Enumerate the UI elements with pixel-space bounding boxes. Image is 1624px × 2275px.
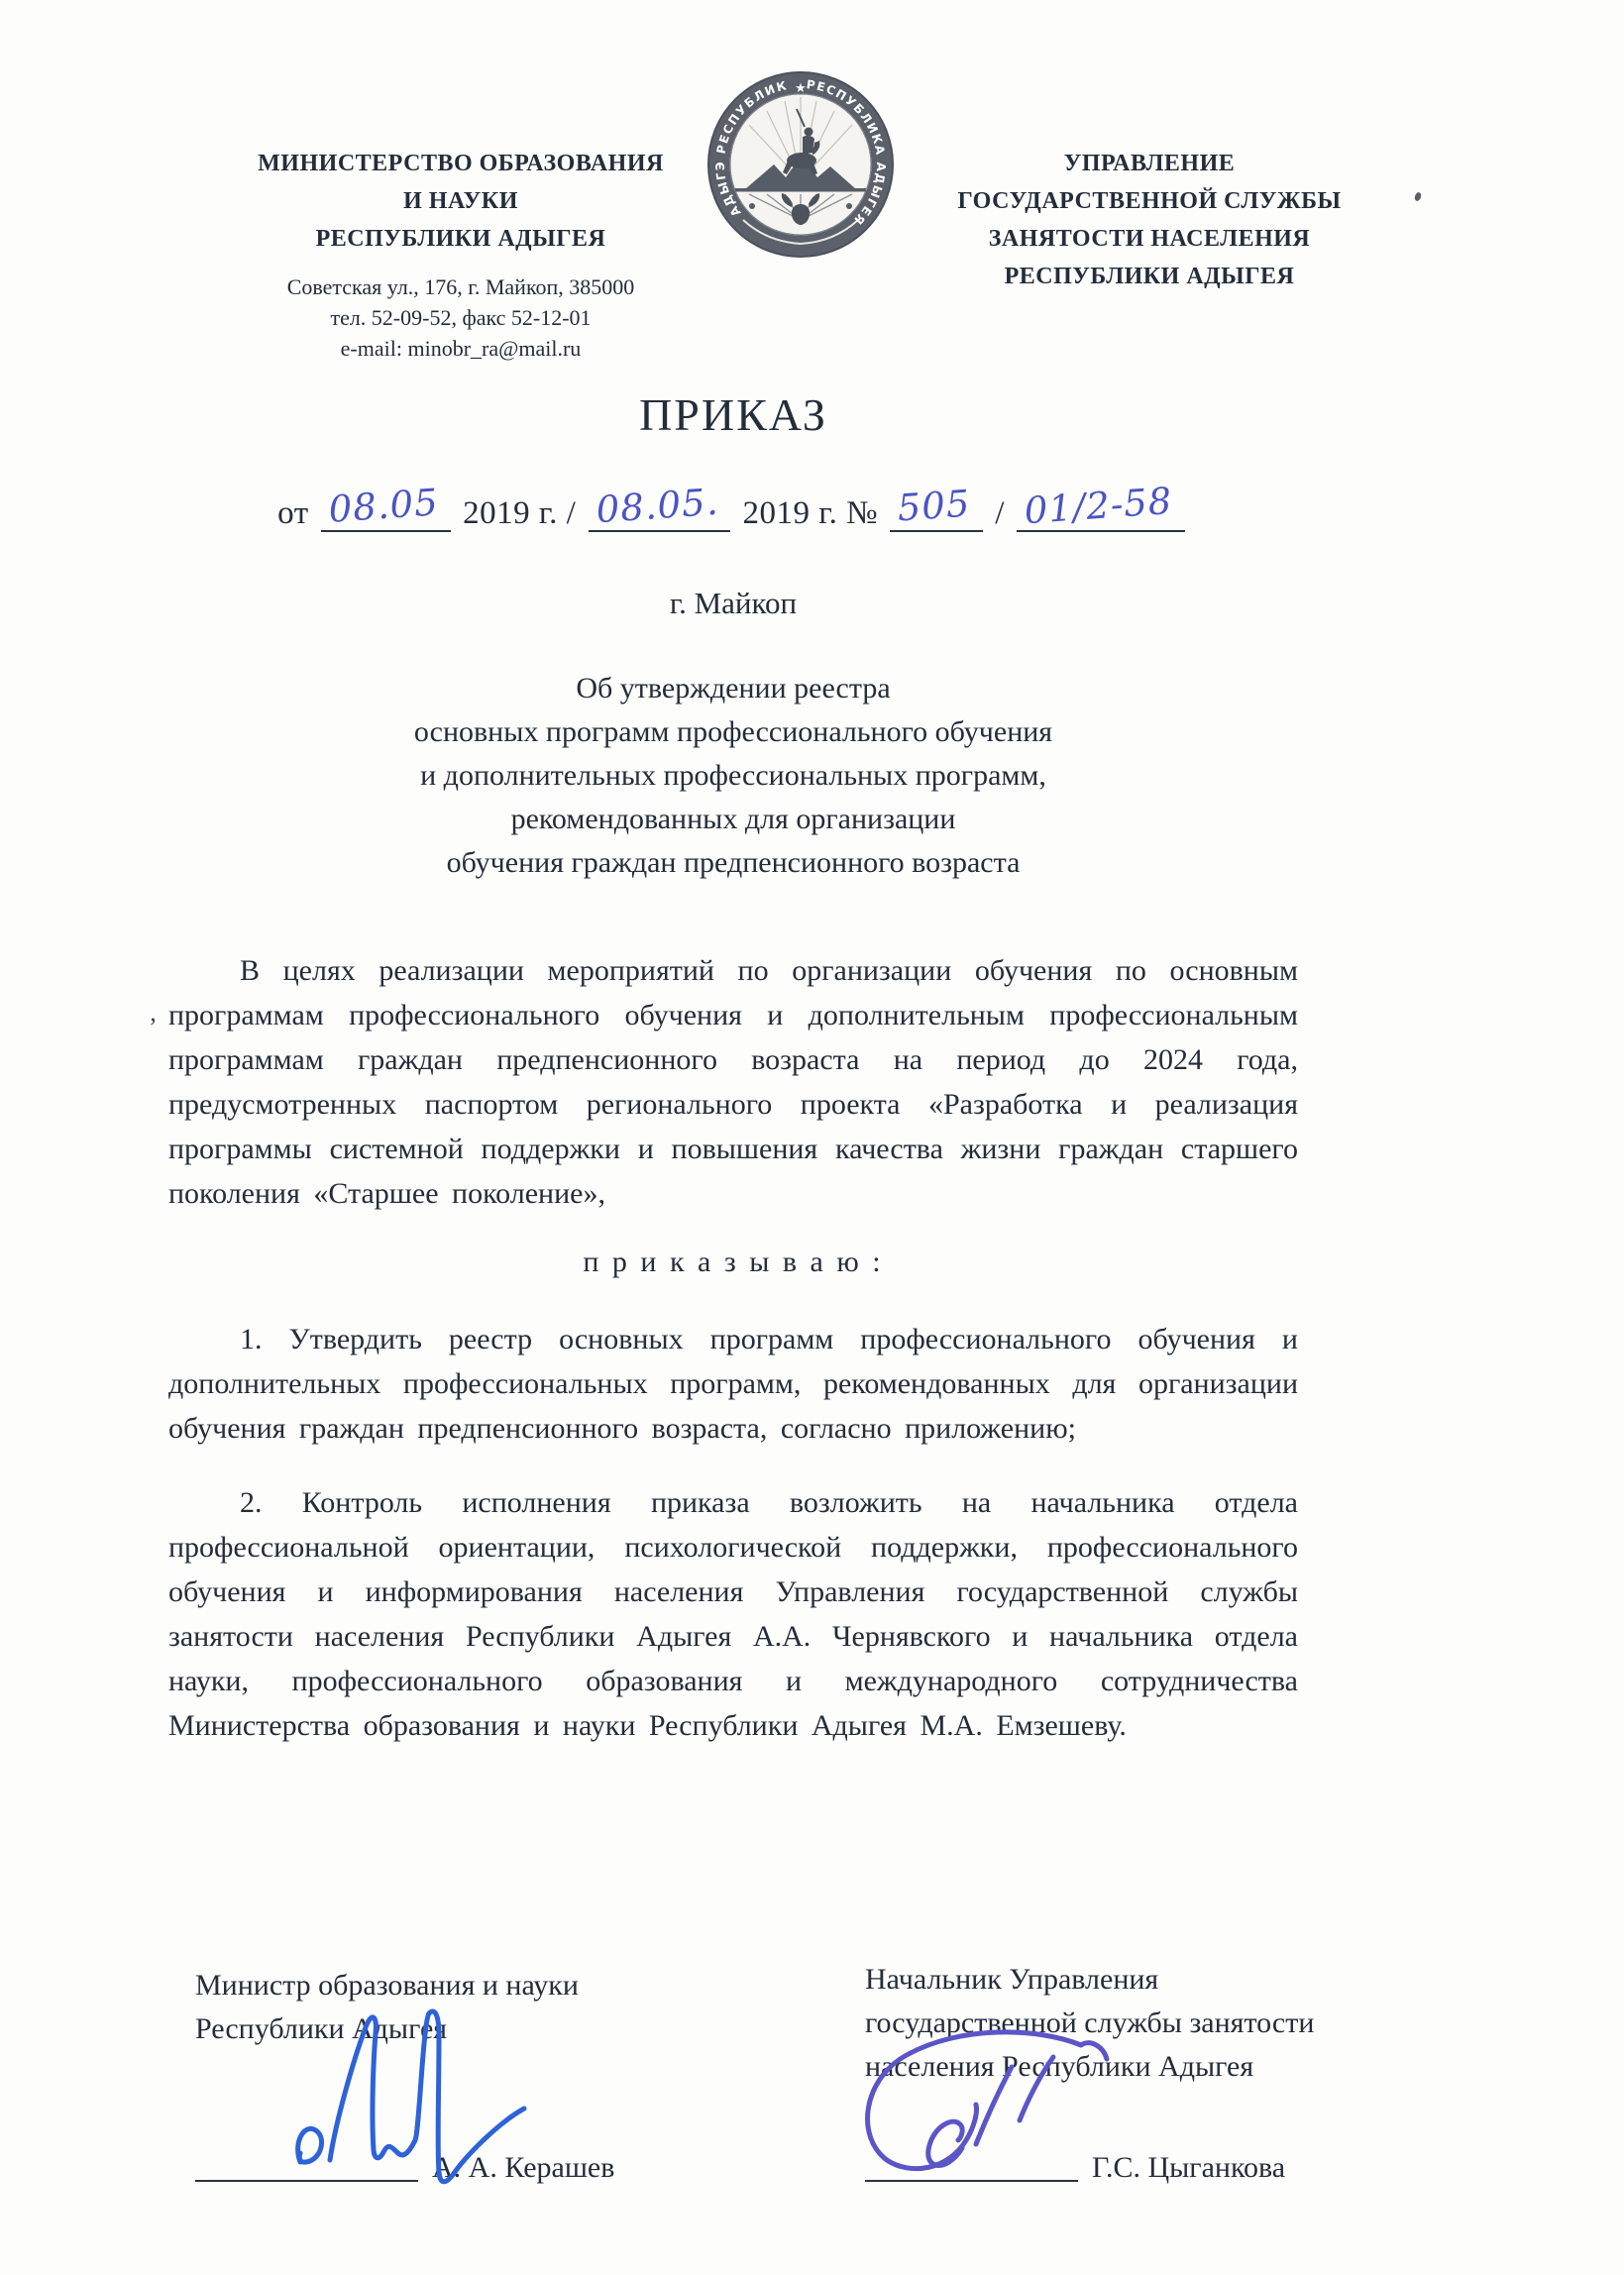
head-name: Г.С. Цыганкова [1092, 2146, 1285, 2190]
signature-block-minister: Министр образования и науки Республики А… [195, 1964, 810, 2190]
number-blank-1: 505 [890, 492, 983, 532]
rosette-left [749, 203, 755, 209]
employment-service-line: УПРАВЛЕНИЕ [926, 145, 1372, 182]
employment-service-line: ГОСУДАРСТВЕННОЙ СЛУЖБЫ [926, 182, 1372, 220]
address-street: Советская ул., 176, г. Майкоп, 385000 [203, 271, 718, 302]
ministry-address: Советская ул., 176, г. Майкоп, 385000 те… [203, 271, 718, 364]
date-blank-2: 08.05. [589, 492, 731, 532]
subject-line: рекомендованных для организации [168, 798, 1298, 841]
scan-mark-artifact: ’ [149, 1013, 158, 1042]
ministry-name-line: И НАУКИ [203, 182, 718, 220]
employment-service-line: ЗАНЯТОСТИ НАСЕЛЕНИЯ [926, 220, 1372, 258]
handwritten-date-2: 08.05. [595, 484, 719, 529]
subject-line: обучения граждан предпенсионного возраст… [168, 841, 1298, 885]
place-line: г. Майкоп [168, 586, 1298, 621]
minister-title-line: Республики Адыгея [195, 2007, 810, 2051]
subject-line: и дополнительных профессиональных програ… [168, 754, 1298, 798]
head-signature-line [865, 2180, 1078, 2182]
number-blank-2: 01/2-58 [1017, 492, 1185, 532]
head-title-line: государственной службы занятости [865, 2002, 1479, 2045]
subject-line: основных программ профессионального обуч… [168, 710, 1298, 754]
minister-signature-row: А. А. Керашев [195, 2146, 810, 2190]
document-title: ПРИКАЗ [168, 388, 1298, 441]
signatures-section: Министр образования и науки Республики А… [0, 1964, 1624, 2261]
order-item-2: 2. Контроль исполнения приказа возложить… [168, 1480, 1298, 1748]
number-slash: / [995, 495, 1005, 531]
head-title-line: Начальник Управления [865, 1958, 1479, 2002]
ministry-name-line: МИНИСТЕРСТВО ОБРАЗОВАНИЯ [203, 145, 718, 182]
minister-name: А. А. Керашев [432, 2146, 614, 2190]
date-prefix: от [277, 495, 309, 531]
employment-service-block: УПРАВЛЕНИЕ ГОСУДАРСТВЕННОЙ СЛУЖБЫ ЗАНЯТО… [926, 145, 1372, 295]
adygea-coat-of-arms-emblem: АДЫГЭ РЕСПУБЛИК РЕСПУБЛИКА АДЫГЕЯ ★ [705, 69, 896, 260]
handwritten-number-2: 01/2-58 [1024, 483, 1174, 529]
subject-line: Об утверждении реестра [168, 667, 1298, 710]
date-mid-1: 2019 г. / [463, 495, 576, 531]
ministry-name: МИНИСТЕРСТВО ОБРАЗОВАНИЯ И НАУКИ РЕСПУБЛ… [203, 145, 718, 258]
minister-signature-line [195, 2180, 418, 2182]
signature-block-head-of-employment: Начальник Управления государственной слу… [865, 1958, 1479, 2190]
ministry-name-line: РЕСПУБЛИКИ АДЫГЕЯ [203, 220, 718, 258]
rosette-right [846, 203, 852, 209]
issuing-ministry-block: МИНИСТЕРСТВО ОБРАЗОВАНИЯ И НАУКИ РЕСПУБЛ… [203, 145, 718, 364]
date-mid-2: 2019 г. № [743, 495, 879, 531]
preamble-paragraph: В целях реализации мероприятий по органи… [168, 948, 1298, 1216]
address-email: e-mail: minobr_ra@mail.ru [203, 333, 718, 364]
decree-word: п р и к а з ы в а ю : [168, 1246, 1298, 1279]
order-subject: Об утверждении реестра основных программ… [168, 667, 1298, 885]
handwritten-number-1: 505 [897, 485, 972, 526]
date-and-number-line: от 08.05 2019 г. / 08.05. 2019 г. № 505 … [168, 492, 1298, 532]
head-title-line: населения Республики Адыгея [865, 2045, 1479, 2089]
emblem-star-icon: ★ [795, 81, 807, 96]
minister-title-line: Министр образования и науки [195, 1964, 810, 2007]
field-band [735, 188, 866, 192]
scan-speck-artifact [1414, 191, 1422, 201]
head-signature-row: Г.С. Цыганкова [865, 2146, 1479, 2190]
scanned-order-document: МИНИСТЕРСТВО ОБРАЗОВАНИЯ И НАУКИ РЕСПУБЛ… [0, 0, 1624, 2275]
document-body: ПРИКАЗ от 08.05 2019 г. / 08.05. 2019 г.… [168, 388, 1298, 1778]
order-item-1: 1. Утвердить реестр основных программ пр… [168, 1317, 1298, 1451]
address-phone-fax: тел. 52-09-52, факс 52-12-01 [203, 302, 718, 333]
handwritten-date-1: 08.05 [327, 484, 439, 528]
employment-service-line: РЕСПУБЛИКИ АДЫГЕЯ [926, 258, 1372, 295]
date-blank-1: 08.05 [321, 492, 451, 532]
